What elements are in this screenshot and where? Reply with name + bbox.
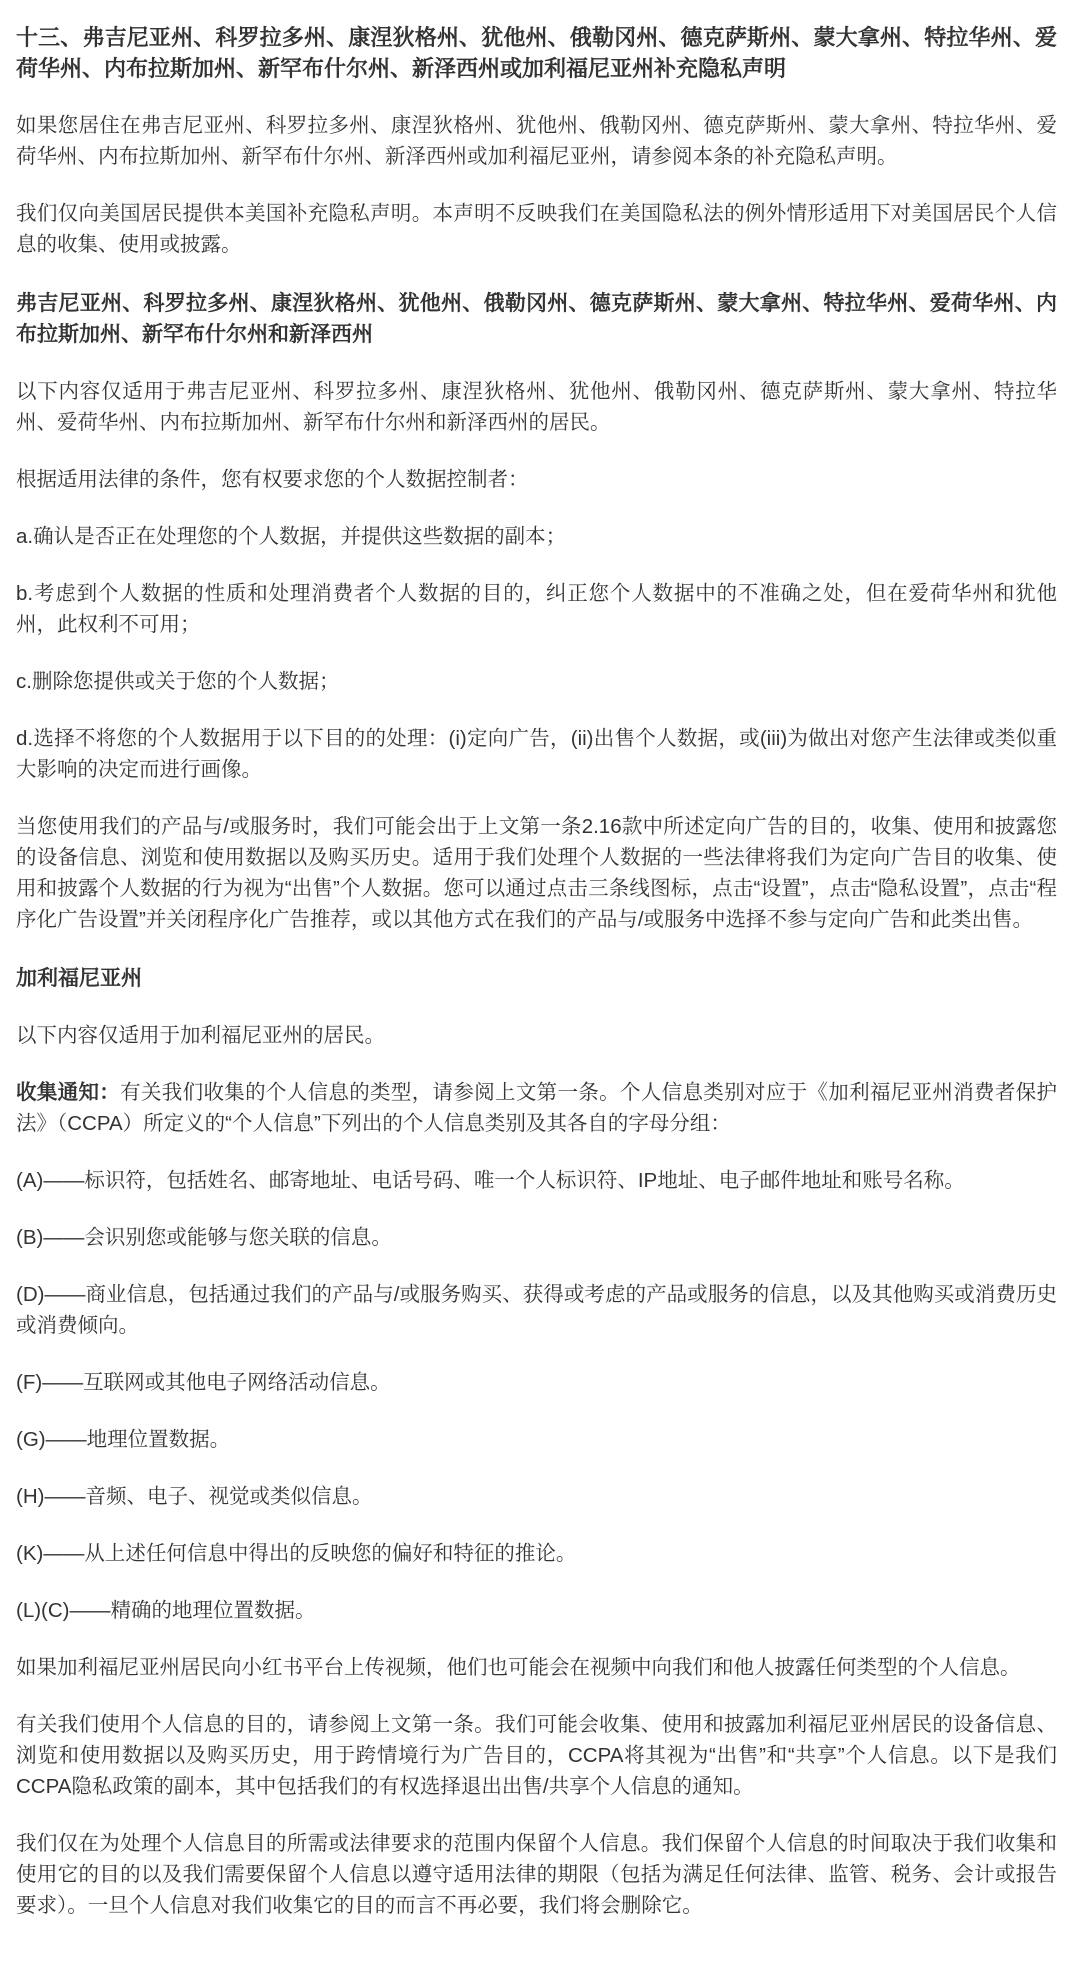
paragraph-applies-to-california-residents: 以下内容仅适用于加利福尼亚州的居民。: [16, 1020, 1057, 1051]
list-item-category-a: (A)——标识符，包括姓名、邮寄地址、电话号码、唯一个人标识符、IP地址、电子邮…: [16, 1165, 1057, 1196]
list-item-right-a: a.确认是否正在处理您的个人数据，并提供这些数据的副本；: [16, 521, 1057, 552]
list-item-right-b: b.考虑到个人数据的性质和处理消费者个人数据的目的，纠正您个人数据中的不准确之处…: [16, 578, 1057, 640]
paragraph-notice-at-collection: 收集通知：有关我们收集的个人信息的类型，请参阅上文第一条。个人信息类别对应于《加…: [16, 1077, 1057, 1139]
paragraph-rights-intro: 根据适用法律的条件，您有权要求您的个人数据控制者：: [16, 464, 1057, 495]
section-13-title: 十三、弗吉尼亚州、科罗拉多州、康涅狄格州、犹他州、俄勒冈州、德克萨斯州、蒙大拿州…: [16, 22, 1057, 84]
subheading-california: 加利福尼亚州: [16, 963, 1057, 994]
list-item-right-c: c.删除您提供或关于您的个人数据；: [16, 666, 1057, 697]
list-item-category-g: (G)——地理位置数据。: [16, 1424, 1057, 1455]
paragraph-applies-to-state-residents: 以下内容仅适用于弗吉尼亚州、科罗拉多州、康涅狄格州、犹他州、俄勒冈州、德克萨斯州…: [16, 376, 1057, 438]
list-item-category-d: (D)——商业信息，包括通过我们的产品与/或服务购买、获得或考虑的产品或服务的信…: [16, 1279, 1057, 1341]
list-item-right-d: d.选择不将您的个人数据用于以下目的的处理：(i)定向广告，(ii)出售个人数据…: [16, 723, 1057, 785]
list-item-category-b: (B)——会识别您或能够与您关联的信息。: [16, 1222, 1057, 1253]
paragraph-retention-policy: 我们仅在为处理个人信息目的所需或法律要求的范围内保留个人信息。我们保留个人信息的…: [16, 1828, 1057, 1921]
list-item-category-f: (F)——互联网或其他电子网络活动信息。: [16, 1367, 1057, 1398]
paragraph-us-residents-only: 我们仅向美国居民提供本美国补充隐私声明。本声明不反映我们在美国隐私法的例外情形适…: [16, 198, 1057, 260]
list-item-category-h: (H)——音频、电子、视觉或类似信息。: [16, 1481, 1057, 1512]
paragraph-targeted-advertising-optout: 当您使用我们的产品与/或服务时，我们可能会出于上文第一条2.16款中所述定向广告…: [16, 811, 1057, 935]
subheading-twelve-states: 弗吉尼亚州、科罗拉多州、康涅狄格州、犹他州、俄勒冈州、德克萨斯州、蒙大拿州、特拉…: [16, 288, 1057, 350]
paragraph-video-upload-disclosure: 如果加利福尼亚州居民向小红书平台上传视频，他们也可能会在视频中向我们和他人披露任…: [16, 1652, 1057, 1683]
notice-at-collection-label: 收集通知：: [16, 1081, 120, 1104]
paragraph-residency-applicability: 如果您居住在弗吉尼亚州、科罗拉多州、康涅狄格州、犹他州、俄勒冈州、德克萨斯州、蒙…: [16, 110, 1057, 172]
paragraph-ccpa-sell-share: 有关我们使用个人信息的目的，请参阅上文第一条。我们可能会收集、使用和披露加利福尼…: [16, 1709, 1057, 1802]
notice-at-collection-text: 有关我们收集的个人信息的类型，请参阅上文第一条。个人信息类别对应于《加利福尼亚州…: [16, 1081, 1057, 1135]
list-item-category-lc: (L)(C)——精确的地理位置数据。: [16, 1595, 1057, 1626]
list-item-category-k: (K)——从上述任何信息中得出的反映您的偏好和特征的推论。: [16, 1538, 1057, 1569]
privacy-policy-document: 十三、弗吉尼亚州、科罗拉多州、康涅狄格州、犹他州、俄勒冈州、德克萨斯州、蒙大拿州…: [0, 0, 1073, 1977]
